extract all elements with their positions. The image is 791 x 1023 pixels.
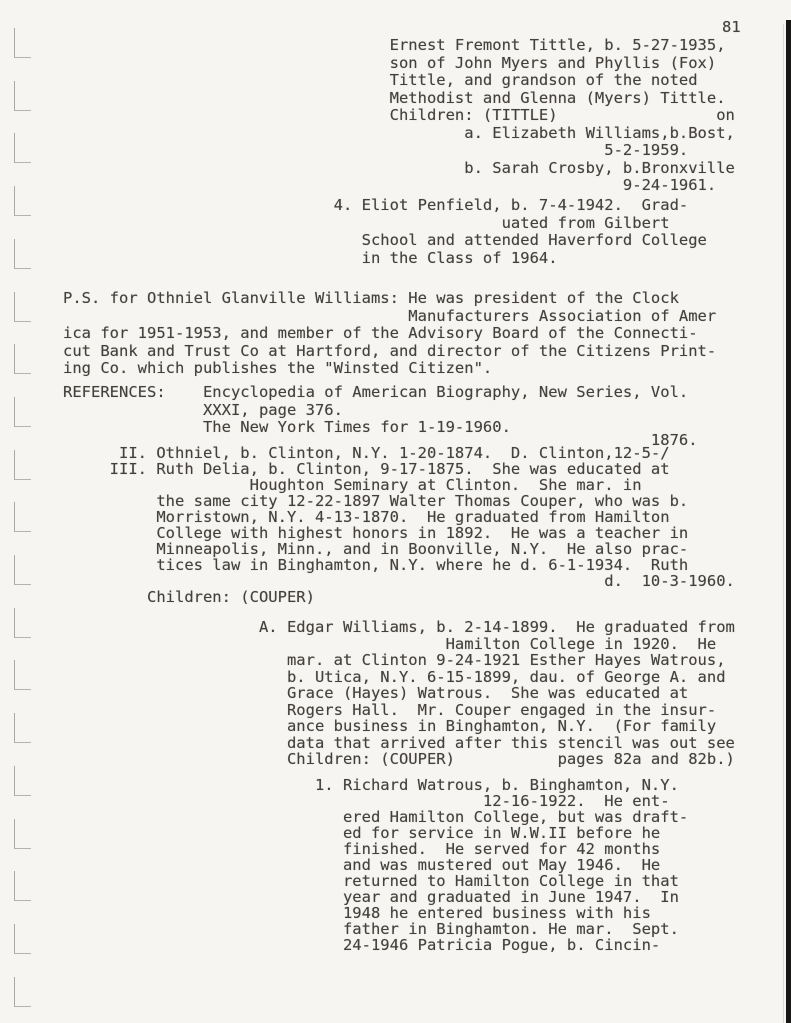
binding-mark	[14, 871, 31, 901]
scan-edge-faint-line	[783, 24, 784, 1023]
postscript-paragraph: P.S. for Othniel Glanville Williams: He …	[63, 290, 716, 378]
binding-mark	[14, 608, 31, 638]
binding-mark	[14, 924, 31, 954]
references-paragraph: REFERENCES: Encyclopedia of American Bio…	[63, 384, 688, 437]
binding-mark	[14, 292, 31, 322]
binding-mark	[14, 450, 31, 480]
binding-mark	[14, 186, 31, 216]
binding-mark	[14, 713, 31, 743]
binding-mark	[14, 977, 31, 1007]
binding-mark	[14, 502, 31, 532]
scan-edge-black-bar	[786, 20, 791, 1023]
penfield-paragraph: 4. Eliot Penfield, b. 7-4-1942. Grad- ua…	[63, 197, 707, 267]
scanned-document-page: 81 Ernest Fremont Tittle, b. 5-27-1935, …	[0, 0, 791, 1023]
edgar-couper-paragraph: A. Edgar Williams, b. 2-14-1899. He grad…	[63, 619, 735, 768]
binding-mark	[14, 766, 31, 796]
binding-mark	[14, 133, 31, 163]
binding-mark	[14, 660, 31, 690]
binding-mark	[14, 81, 31, 111]
richard-couper-paragraph: 1. Richard Watrous, b. Binghamton, N.Y. …	[63, 777, 688, 953]
page-number: 81	[722, 18, 741, 36]
binding-mark	[14, 239, 31, 269]
generation-list: II. Othniel, b. Clinton, N.Y. 1-20-1874.…	[63, 445, 735, 605]
binding-mark	[14, 344, 31, 374]
binding-mark	[14, 397, 31, 427]
binding-mark	[14, 555, 31, 585]
tittle-paragraph: Ernest Fremont Tittle, b. 5-27-1935, son…	[63, 37, 735, 195]
binding-mark	[14, 819, 31, 849]
binding-mark	[14, 28, 31, 58]
